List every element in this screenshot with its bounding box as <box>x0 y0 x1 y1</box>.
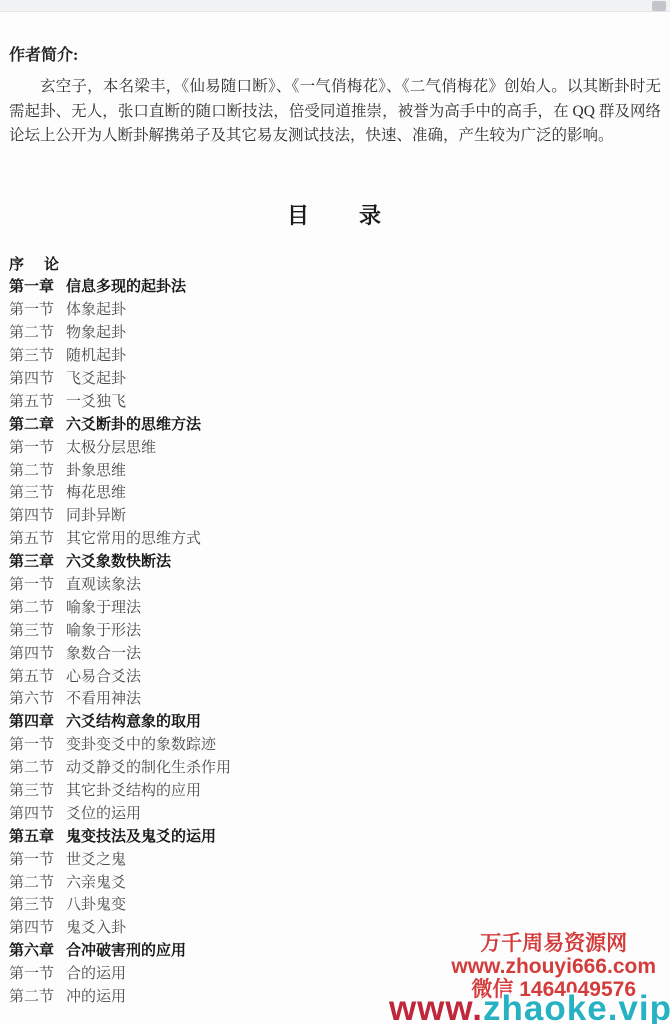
toc-row-label: 第五节 <box>9 666 66 689</box>
toc-row-label: 第三节 <box>9 620 66 643</box>
toc-row-section: 第三节喻象于形法 <box>9 620 661 643</box>
toc-row-section: 第二节动爻静爻的制化生杀作用 <box>9 757 661 780</box>
toc-row-label: 第二节 <box>9 757 66 780</box>
toc-row-section: 第五节其它常用的思维方式 <box>9 528 661 551</box>
toc-row-label: 第一节 <box>9 574 66 597</box>
toc-row-title: 物象起卦 <box>66 322 126 345</box>
toc-row-label: 第三节 <box>9 482 66 505</box>
toc-row-section: 第三节随机起卦 <box>9 345 661 368</box>
toc-row-title: 喻象于形法 <box>66 620 141 643</box>
toc-row-title: 心易合爻法 <box>66 666 141 689</box>
toc-row-title: 爻位的运用 <box>66 803 141 826</box>
toc-row-label: 第一节 <box>9 299 66 322</box>
toc-row-label: 第五章 <box>9 826 66 849</box>
toc-list: 序论第一章信息多现的起卦法第一节体象起卦第二节物象起卦第三节随机起卦第四节飞爻起… <box>9 254 661 1009</box>
toc-row-label: 第四节 <box>9 505 66 528</box>
toc-row-title: 其它常用的思维方式 <box>66 528 201 551</box>
toc-row-title: 一爻独飞 <box>66 391 126 414</box>
toc-row-label: 第三节 <box>9 894 66 917</box>
toc-row-section: 第一节体象起卦 <box>9 299 661 322</box>
toc-row-section: 第三节八卦鬼变 <box>9 894 661 917</box>
toc-row-section: 第四节同卦异断 <box>9 505 661 528</box>
toc-row-title: 随机起卦 <box>66 345 126 368</box>
toc-row-section: 第四节飞爻起卦 <box>9 368 661 391</box>
author-paragraph: 玄空子，本名梁丰，《仙易随口断》、《一气俏梅花》、《二气俏梅花》创始人。以其断卦… <box>9 75 661 149</box>
toc-row-label: 第四节 <box>9 368 66 391</box>
toc-row-section: 第四节象数合一法 <box>9 643 661 666</box>
viewer-top-edge <box>0 0 670 12</box>
toc-row-title: 梅花思维 <box>66 482 126 505</box>
toc-row-chapter: 第一章信息多现的起卦法 <box>9 276 661 299</box>
toc-row-chapter: 第四章六爻结构意象的取用 <box>9 711 661 734</box>
toc-row-label: 第三节 <box>9 780 66 803</box>
toc-row-label: 第六节 <box>9 688 66 711</box>
toc-row-label: 第六章 <box>9 940 66 963</box>
toc-row-section: 第五节心易合爻法 <box>9 666 661 689</box>
toc-row-title: 六爻象数快断法 <box>66 551 171 574</box>
toc-row-label: 第二章 <box>9 414 66 437</box>
toc-row-title: 冲的运用 <box>66 986 126 1009</box>
toc-row-chapter: 第二章六爻断卦的思维方法 <box>9 414 661 437</box>
toc-row-section: 第一节直观读象法 <box>9 574 661 597</box>
toc-row-section: 第一节变卦变爻中的象数踪迹 <box>9 734 661 757</box>
toc-row-label: 第五节 <box>9 528 66 551</box>
toc-row-title: 卦象思维 <box>66 460 126 483</box>
toc-row-title: 象数合一法 <box>66 643 141 666</box>
toc-row-label: 第一节 <box>9 849 66 872</box>
toc-row-label: 第二节 <box>9 872 66 895</box>
toc-row-label: 序 <box>9 254 44 277</box>
toc-row-title: 其它卦爻结构的应用 <box>66 780 201 803</box>
toc-row-label: 第四章 <box>9 711 66 734</box>
toc-row-title: 合冲破害刑的应用 <box>66 940 186 963</box>
toc-row-title: 太极分层思维 <box>66 437 156 460</box>
toc-row-title: 飞爻起卦 <box>66 368 126 391</box>
toc-row-title: 同卦异断 <box>66 505 126 528</box>
page-content: 作者简介: 玄空子，本名梁丰，《仙易随口断》、《一气俏梅花》、《二气俏梅花》创始… <box>0 12 670 1009</box>
watermark-red-line-1: 万千周易资源网 <box>451 932 656 955</box>
toc-row-section: 第三节其它卦爻结构的应用 <box>9 780 661 803</box>
toc-row-title: 合的运用 <box>66 963 126 986</box>
toc-row-section: 第六节不看用神法 <box>9 688 661 711</box>
toc-row-chapter: 第三章六爻象数快断法 <box>9 551 661 574</box>
document-page: 作者简介: 玄空子，本名梁丰，《仙易随口断》、《一气俏梅花》、《二气俏梅花》创始… <box>0 0 670 1024</box>
scrollbar-thumb[interactable] <box>652 1 666 11</box>
toc-row-label: 第三章 <box>9 551 66 574</box>
toc-row-title: 论 <box>44 254 59 277</box>
toc-row-section: 第四节爻位的运用 <box>9 803 661 826</box>
watermark-zhaoke-prefix: www. <box>389 989 483 1024</box>
toc-row-label: 第三节 <box>9 345 66 368</box>
toc-row-chapter: 序论 <box>9 254 661 277</box>
watermark-zhaoke-domain: zhaoke.vip <box>483 989 670 1024</box>
toc-row-title: 喻象于理法 <box>66 597 141 620</box>
toc-row-title: 变卦变爻中的象数踪迹 <box>66 734 216 757</box>
toc-row-section: 第二节物象起卦 <box>9 322 661 345</box>
toc-row-title: 六爻断卦的思维方法 <box>66 414 201 437</box>
toc-row-title: 六亲鬼爻 <box>66 872 126 895</box>
toc-row-section: 第一节世爻之鬼 <box>9 849 661 872</box>
author-section-heading: 作者简介: <box>9 42 661 65</box>
toc-row-section: 第一节太极分层思维 <box>9 437 661 460</box>
toc-row-chapter: 第五章鬼变技法及鬼爻的运用 <box>9 826 661 849</box>
toc-row-label: 第二节 <box>9 460 66 483</box>
toc-row-title: 八卦鬼变 <box>66 894 126 917</box>
toc-row-title: 六爻结构意象的取用 <box>66 711 201 734</box>
toc-row-label: 第四节 <box>9 643 66 666</box>
toc-row-label: 第二节 <box>9 986 66 1009</box>
toc-row-section: 第二节六亲鬼爻 <box>9 872 661 895</box>
toc-row-label: 第一节 <box>9 437 66 460</box>
toc-row-section: 第三节梅花思维 <box>9 482 661 505</box>
toc-row-section: 第二节卦象思维 <box>9 460 661 483</box>
toc-row-title: 动爻静爻的制化生杀作用 <box>66 757 231 780</box>
toc-row-section: 第五节一爻独飞 <box>9 391 661 414</box>
toc-title: 目 录 <box>9 199 661 230</box>
toc-row-title: 不看用神法 <box>66 688 141 711</box>
toc-row-label: 第一节 <box>9 734 66 757</box>
toc-row-title: 体象起卦 <box>66 299 126 322</box>
toc-row-label: 第一章 <box>9 276 66 299</box>
toc-row-label: 第五节 <box>9 391 66 414</box>
toc-row-label: 第二节 <box>9 597 66 620</box>
toc-row-label: 第四节 <box>9 803 66 826</box>
toc-row-title: 鬼变技法及鬼爻的运用 <box>66 826 216 849</box>
toc-row-label: 第二节 <box>9 322 66 345</box>
watermark-zhaoke: www.zhaoke.vip <box>389 989 670 1024</box>
toc-row-section: 第二节喻象于理法 <box>9 597 661 620</box>
toc-row-title: 鬼爻入卦 <box>66 917 126 940</box>
toc-row-title: 直观读象法 <box>66 574 141 597</box>
toc-row-label: 第一节 <box>9 963 66 986</box>
watermark-red-line-2: www.zhouyi666.com <box>451 955 656 978</box>
toc-row-title: 信息多现的起卦法 <box>66 276 186 299</box>
toc-row-title: 世爻之鬼 <box>66 849 126 872</box>
toc-row-label: 第四节 <box>9 917 66 940</box>
